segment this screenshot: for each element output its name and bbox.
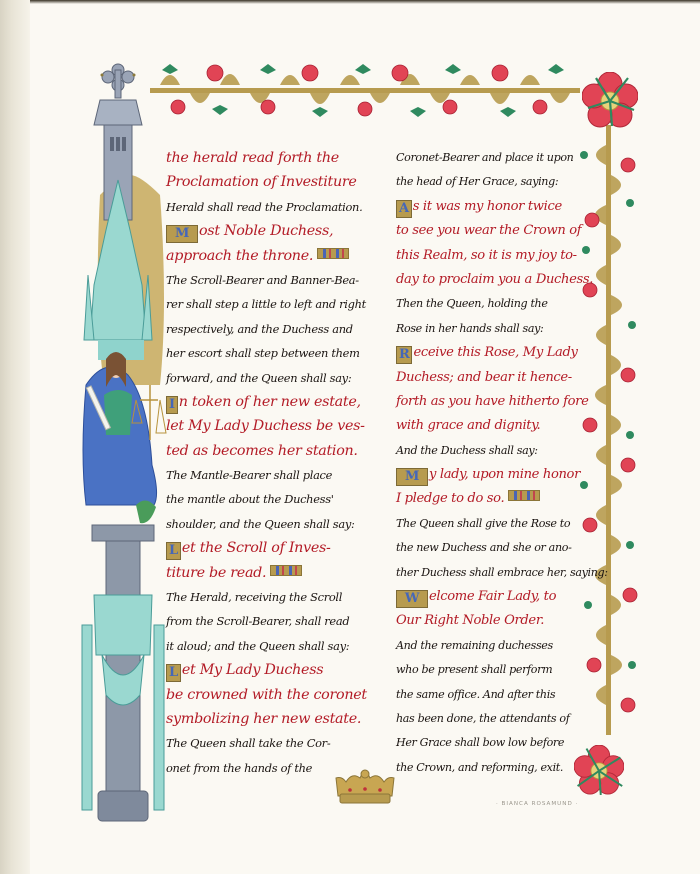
line-text: approach the throne. (166, 248, 313, 264)
spoken-line: the herald read forth the (166, 146, 376, 170)
line-text: And the Duchess shall say: (396, 444, 538, 457)
top-floral-border (150, 55, 580, 125)
line-text: Herald shall read the Proclamation. (166, 200, 362, 214)
line-text: I pledge to do so. (396, 491, 504, 506)
instruction-line: the new Duchess and she or ano- (396, 536, 578, 560)
line-text: et the Scroll of Inves- (182, 540, 331, 556)
spoken-line: In token of her new estate, (166, 390, 376, 414)
instruction-line: And the remaining duchesses (396, 634, 578, 658)
illuminated-initial: I (166, 396, 178, 414)
instruction-line: Her Grace shall bow low before (396, 731, 578, 755)
instruction-line: The Queen shall give the Rose to (396, 512, 578, 536)
instruction-line: the Crown, and reforming, exit. (396, 756, 578, 780)
spoken-line: My lady, upon mine honor (396, 463, 578, 487)
instruction-line: has been done, the attendants of (396, 707, 578, 731)
instruction-line: rer shall step a little to left and righ… (166, 292, 376, 316)
spoken-line: this Realm, so it is my joy to- (396, 244, 578, 268)
line-text: respectively, and the Duchess and (166, 322, 353, 336)
instruction-line: forward, and the Queen shall say: (166, 366, 376, 390)
line-text: forward, and the Queen shall say: (166, 371, 351, 385)
illuminated-initial: A (396, 200, 412, 218)
line-text: onet from the hands of the (166, 761, 312, 775)
line-filler-ornament (270, 565, 302, 576)
tudor-rose-top-icon (582, 72, 638, 128)
line-text: Duchess; and bear it hence- (396, 370, 572, 385)
spoken-line: Let the Scroll of Inves- (166, 536, 376, 560)
instruction-line: Coronet-Bearer and place it upon (396, 146, 578, 170)
line-text: The Queen shall give the Rose to (396, 517, 570, 530)
illuminated-initial: M (166, 225, 198, 243)
spoken-line: I pledge to do so. (396, 487, 578, 511)
line-text: symbolizing her new estate. (166, 711, 361, 727)
line-text: Rose in her hands shall say: (396, 322, 543, 335)
instruction-line: Rose in her hands shall say: (396, 317, 578, 341)
instruction-line: The Mantle-Bearer shall place (166, 463, 376, 487)
instruction-line: Then the Queen, holding the (396, 292, 578, 316)
page-top-edge (0, 0, 700, 4)
line-text: elcome Fair Lady, to (429, 589, 556, 604)
page-binding-shadow (0, 0, 30, 874)
line-text: who be present shall perform (396, 663, 552, 676)
line-text: the head of Her Grace, saying: (396, 175, 558, 188)
instruction-line: The Scroll-Bearer and Banner-Bea- (166, 268, 376, 292)
instruction-line: And the Duchess shall say: (396, 439, 578, 463)
line-text: let My Lady Duchess be ves- (166, 418, 365, 434)
artist-signature: · BIANCA ROSAMUND · (496, 801, 578, 807)
line-text: with grace and dignity. (396, 418, 540, 433)
right-floral-border (570, 125, 650, 735)
tudor-rose-bottom-icon (574, 745, 624, 795)
illuminated-initial: L (166, 542, 181, 560)
instruction-line: onet from the hands of the (166, 756, 376, 780)
instruction-line: respectively, and the Duchess and (166, 317, 376, 341)
right-text-column: Coronet-Bearer and place it uponthe head… (396, 146, 578, 780)
spoken-line: Duchess; and bear it hence- (396, 366, 578, 390)
line-text: Then the Queen, holding the (396, 297, 548, 310)
line-text: this Realm, so it is my joy to- (396, 248, 577, 263)
spoken-line: Let My Lady Duchess (166, 658, 376, 682)
spoken-line: Our Right Noble Order. (396, 609, 578, 633)
line-text: to see you wear the Crown of (396, 223, 581, 238)
spoken-line: to see you wear the Crown of (396, 219, 578, 243)
line-text: the same office. And after this (396, 688, 555, 701)
instruction-line: the same office. And after this (396, 683, 578, 707)
instruction-line: the mantle about the Duchess' (166, 487, 376, 511)
instruction-line: The Queen shall take the Cor- (166, 731, 376, 755)
line-text: et My Lady Duchess (182, 662, 323, 678)
instruction-line: the head of Her Grace, saying: (396, 170, 578, 194)
gothic-pillar-illustration (80, 55, 180, 825)
spoken-line: be crowned with the coronet (166, 683, 376, 707)
instruction-line: from the Scroll-Bearer, shall read (166, 609, 376, 633)
line-text: has been done, the attendants of (396, 712, 569, 725)
line-text: eceive this Rose, My Lady (413, 345, 577, 360)
left-text-column: the herald read forth theProclamation of… (166, 146, 376, 780)
spoken-line: Receive this Rose, My Lady (396, 341, 578, 365)
line-text: n token of her new estate, (179, 394, 361, 410)
spoken-line: let My Lady Duchess be ves- (166, 414, 376, 438)
illuminated-initial: R (396, 346, 412, 364)
line-text: Proclamation of Investiture (166, 174, 357, 190)
line-text: the new Duchess and she or ano- (396, 541, 571, 554)
spoken-line: Most Noble Duchess, (166, 219, 376, 243)
line-text: The Mantle-Bearer shall place (166, 468, 332, 482)
line-text: from the Scroll-Bearer, shall read (166, 614, 349, 628)
line-text: ost Noble Duchess, (199, 223, 333, 239)
line-text: titure be read. (166, 565, 266, 581)
line-text: rer shall step a little to left and righ… (166, 297, 366, 311)
spoken-line: with grace and dignity. (396, 414, 578, 438)
illuminated-initial: M (396, 468, 428, 486)
line-text: forth as you have hitherto fore (396, 394, 588, 409)
instruction-line: Herald shall read the Proclamation. (166, 195, 376, 219)
line-text: y lady, upon mine honor (429, 467, 580, 482)
illuminated-initial: W (396, 590, 428, 608)
spoken-line: approach the throne. (166, 244, 376, 268)
spoken-line: Welcome Fair Lady, to (396, 585, 578, 609)
line-text: be crowned with the coronet (166, 687, 367, 703)
line-text: it aloud; and the Queen shall say: (166, 639, 349, 653)
spoken-line: ted as becomes her station. (166, 439, 376, 463)
spoken-line: forth as you have hitherto fore (396, 390, 578, 414)
line-text: her escort shall step between them (166, 346, 360, 360)
line-text: Her Grace shall bow low before (396, 736, 564, 749)
instruction-line: it aloud; and the Queen shall say: (166, 634, 376, 658)
instruction-line: ther Duchess shall embrace her, saying: (396, 561, 578, 585)
line-text: ther Duchess shall embrace her, saying: (396, 566, 608, 579)
line-filler-ornament (317, 248, 349, 259)
line-text: Coronet-Bearer and place it upon (396, 151, 573, 164)
line-text: ted as becomes her station. (166, 443, 358, 459)
instruction-line: The Herald, receiving the Scroll (166, 585, 376, 609)
instruction-line: who be present shall perform (396, 658, 578, 682)
line-text: And the remaining duchesses (396, 639, 553, 652)
spoken-line: symbolizing her new estate. (166, 707, 376, 731)
line-text: The Herald, receiving the Scroll (166, 590, 342, 604)
line-text: s it was my honor twice (413, 199, 562, 214)
line-text: The Scroll-Bearer and Banner-Bea- (166, 273, 359, 287)
spoken-line: day to proclaim you a Duchess. (396, 268, 578, 292)
instruction-line: shoulder, and the Queen shall say: (166, 512, 376, 536)
spoken-line: Proclamation of Investiture (166, 170, 376, 194)
instruction-line: her escort shall step between them (166, 341, 376, 365)
line-filler-ornament (508, 490, 540, 501)
line-text: shoulder, and the Queen shall say: (166, 517, 355, 531)
line-text: Our Right Noble Order. (396, 613, 544, 628)
spoken-line: As it was my honor twice (396, 195, 578, 219)
line-text: the mantle about the Duchess' (166, 492, 334, 506)
illuminated-initial: L (166, 664, 181, 682)
spoken-line: titure be read. (166, 561, 376, 585)
line-text: The Queen shall take the Cor- (166, 736, 330, 750)
line-text: the herald read forth the (166, 150, 339, 166)
line-text: day to proclaim you a Duchess. (396, 272, 593, 287)
line-text: the Crown, and reforming, exit. (396, 761, 563, 774)
